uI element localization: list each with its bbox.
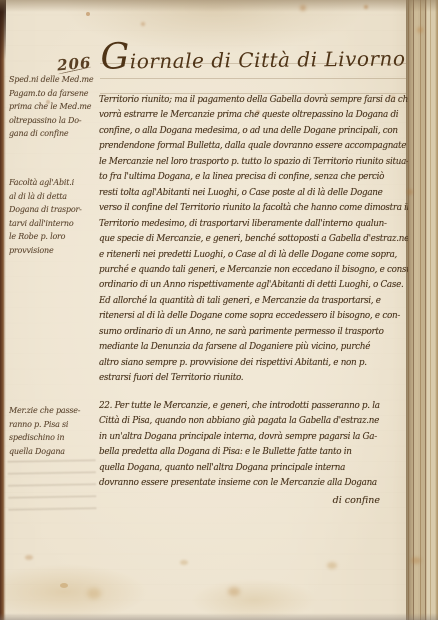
text-line: Ed allorché la quantità di tali generi, … (99, 294, 408, 309)
foxing-stains-bottom (60, 583, 68, 588)
text-line: gana di confine (9, 127, 99, 141)
foxing-stains-top (86, 12, 90, 16)
text-line: in un'altra Dogana principale interna, d… (99, 430, 408, 445)
margin-note-faculty: Facoltà agl'Abit.ial di là di dettaDogan… (9, 176, 99, 257)
margin-note-pisa: Mer.zie che passe-ranno p. Pisa sispedis… (9, 404, 99, 458)
text-line: ritenersi al di là delle Dogane come sop… (99, 309, 408, 324)
text-line: ranno p. Pisa si (9, 418, 99, 432)
text-line: to fra l'ultima Dogana, e la linea preci… (99, 170, 408, 185)
text-line: 22. Per tutte le Mercanzie, e generi, ch… (99, 399, 408, 414)
text-line: Pagam.to da farsene (9, 87, 99, 101)
text-line: dovranno essere presentate insieme con l… (99, 476, 408, 491)
bottom-edge-shadow (0, 613, 438, 620)
paragraph-22: 22. Per tutte le Mercanzie, e generi, ch… (99, 399, 408, 509)
text-line: sumo ordinario di un Anno, ne sarà parim… (99, 325, 408, 340)
fore-edge-leaves (427, 0, 438, 620)
text-line: provvisione (9, 244, 99, 258)
ink-bleed-through (8, 454, 97, 514)
text-line: mediante la Denunzia da farsene al Dogan… (99, 340, 408, 355)
text-line: Dogana di traspor- (9, 203, 99, 217)
text-line: al di là di detta (9, 190, 99, 204)
text-line: purché e quando tali generi, e Mercanzie… (99, 263, 408, 278)
text-line: estrarsi fuori del Territorio riunito. (99, 371, 408, 386)
manuscript-scan: 206 Giornale di Città di Livorno Sped.ni… (0, 0, 438, 620)
text-line: Facoltà agl'Abit.i (9, 176, 99, 190)
text-line: Città di Pisa, quando non abbiano già pa… (99, 414, 408, 429)
page-gutter (406, 0, 427, 620)
ruling-line (100, 78, 406, 79)
paragraph-22-lines: 22. Per tutte le Mercanzie, e generi, ch… (99, 399, 408, 492)
text-line: prima che le Med.me (9, 100, 99, 114)
paragraph-21: Territorio riunito; ma il pagamento dell… (99, 93, 408, 387)
text-line: oltrepassino la Do- (9, 114, 99, 128)
text-line: que specie di Mercanzie, e generi, bench… (99, 232, 408, 247)
text-line: Territorio riunito; ma il pagamento dell… (99, 93, 408, 108)
page-title: Giornale di Città di Livorno (100, 44, 406, 73)
text-line: Sped.ni delle Med.me (9, 73, 99, 87)
binding-edge (0, 0, 6, 620)
text-line: e ritenerli nei predetti Luoghi, o Case … (99, 248, 408, 263)
page-number: 206 (56, 54, 92, 73)
catchword: di confine (99, 492, 408, 509)
text-line: Mer.zie che passe- (9, 404, 99, 418)
text-line: quella Dogana, quanto nell'altra Dogana … (99, 461, 408, 476)
text-line: altro siano sempre p. provvisione dei ri… (99, 356, 408, 371)
text-line: bella predetta alla Dogana di Pisa: e le… (99, 445, 408, 460)
text-line: prendendone formal Bulletta, dalla quale… (99, 139, 408, 154)
top-edge-shadow (0, 0, 438, 12)
text-line: le Robe p. loro (9, 230, 99, 244)
text-line: tarvi dall'interno (9, 217, 99, 231)
text-line: le Mercanzie nel loro trasporto p. tutto… (99, 155, 408, 170)
margin-note-payment: Sped.ni delle Med.mePagam.to da farsenep… (9, 73, 99, 141)
text-line: verso il confine del Territorio riunito … (99, 201, 408, 216)
text-line: Territorio medesimo, di trasportarvi lib… (99, 217, 408, 232)
text-line: confine, o alla Dogana medesima, o ad un… (99, 124, 408, 139)
text-line: spedischino in (9, 431, 99, 445)
text-line: vorrà estrarre le Mercanzie prima che qu… (99, 108, 408, 123)
text-line: resti tolta agl'Abitanti nei Luoghi, o C… (99, 186, 408, 201)
text-line: ordinario di un Anno rispettivamente agl… (99, 278, 408, 293)
